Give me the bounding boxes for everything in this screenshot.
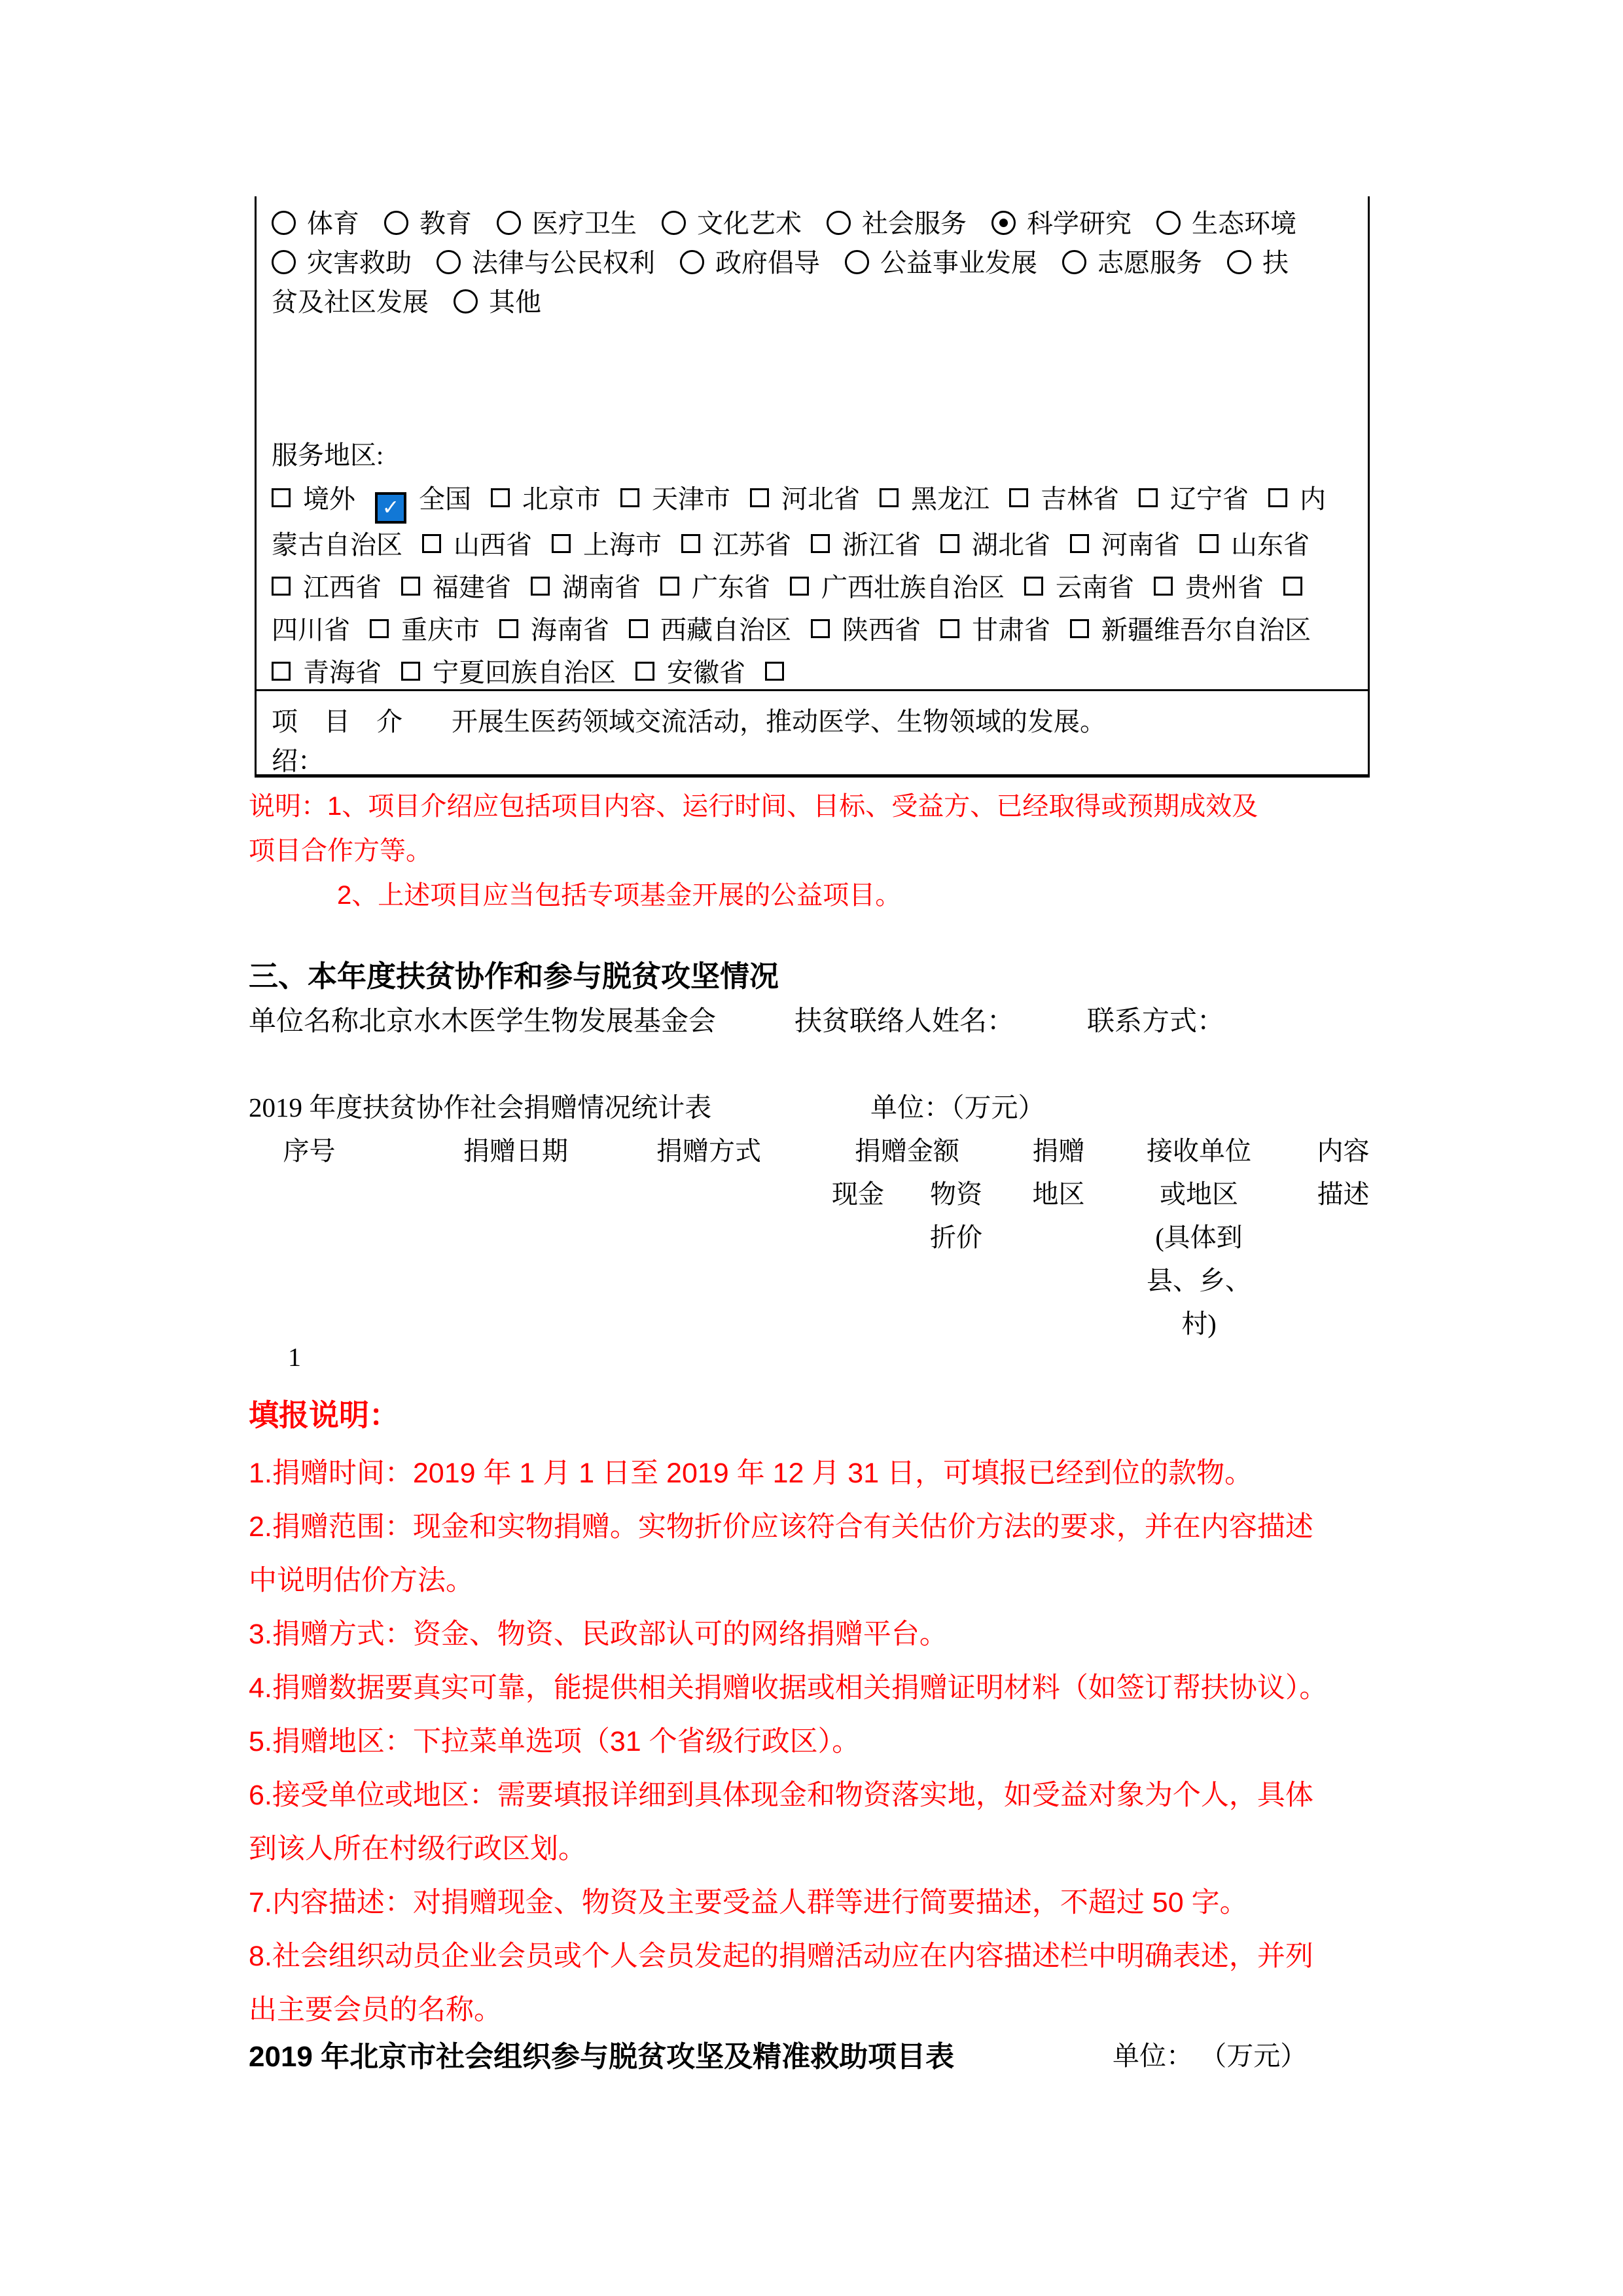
checkbox-icon[interactable] — [1268, 488, 1287, 507]
option-line: 贫及社区发展其他 — [272, 283, 1321, 322]
option-label: 上海市 — [583, 530, 662, 560]
text-line: (具体到 — [1120, 1216, 1277, 1259]
radio-option[interactable]: 灾害救助 — [272, 243, 412, 283]
text-line: 内容 — [1279, 1130, 1407, 1173]
checkbox-option[interactable]: 山西省 — [422, 524, 532, 566]
checkbox-icon[interactable] — [765, 662, 784, 681]
checkbox-option[interactable]: 辽宁省 — [1139, 478, 1249, 520]
checkbox-option[interactable]: 天津市 — [620, 478, 730, 520]
donation-table-unit: 单位：（万元） — [870, 1086, 1045, 1124]
text-line: 2.捐赠范围：现金和实物捐赠。实物折价应该符合有关估价方法的要求，并在内容描述 — [249, 1500, 1400, 1554]
option-label: 青海省 — [303, 658, 382, 687]
radio-icon[interactable] — [272, 211, 296, 235]
business-scope-options: 体育教育医疗卫生文化艺术社会服务科学研究生态环境灾害救助法律与公民权利政府倡导公… — [272, 204, 1321, 322]
option-label: 湖南省 — [562, 573, 641, 602]
checkbox-icon[interactable] — [370, 619, 389, 638]
checkbox-icon[interactable] — [750, 488, 769, 507]
checkbox-option[interactable]: 湖北省 — [940, 524, 1050, 566]
option-label: 法律与公民权利 — [472, 248, 655, 278]
checkbox-option[interactable]: 青海省 — [272, 651, 382, 694]
text-line: 地区 — [1008, 1173, 1109, 1216]
option-label: 黑龙江 — [911, 484, 990, 514]
checkbox-option[interactable]: 重庆市 — [370, 609, 480, 651]
checkbox-option[interactable]: 吉林省 — [1009, 478, 1119, 520]
option-line: 蒙古自治区山西省上海市江苏省浙江省湖北省河南省山东省 — [272, 524, 1346, 566]
option-label: 海南省 — [531, 615, 609, 645]
checkbox-icon[interactable] — [940, 619, 959, 638]
option-line: 灾害救助法律与公民权利政府倡导公益事业发展志愿服务扶 — [272, 243, 1321, 283]
radio-selected-icon[interactable] — [991, 211, 1016, 235]
radio-option[interactable]: 扶 — [1227, 243, 1289, 283]
text-line: 或地区 — [1120, 1173, 1277, 1216]
checkbox-option[interactable]: 海南省 — [499, 609, 609, 651]
donation-table-title: 2019 年度扶贫协作社会捐赠情况统计表 — [249, 1086, 711, 1124]
option-label: 扶 — [1262, 248, 1289, 278]
option-label: 政府倡导 — [715, 248, 820, 278]
checkbox-option[interactable] — [765, 651, 796, 694]
option-line: 体育教育医疗卫生文化艺术社会服务科学研究生态环境 — [272, 204, 1321, 243]
option-label: 江西省 — [303, 573, 382, 602]
col-header-description: 内容描述 — [1279, 1130, 1407, 1216]
text-line: 5.捐赠地区：下拉菜单选项（31 个省级行政区）。 — [249, 1715, 1400, 1768]
checkbox-option[interactable]: 云南省 — [1024, 566, 1134, 609]
option-label: 其他 — [489, 287, 541, 317]
checkbox-option[interactable]: 江苏省 — [681, 524, 791, 566]
table-row-seq-value: 1 — [288, 1342, 301, 1372]
col-header-region: 捐赠地区 — [1008, 1130, 1109, 1216]
project-intro-label: 项 目 介 — [272, 702, 402, 742]
contact-method-label: 联系方式： — [1087, 999, 1224, 1039]
option-line: 青海省宁夏回族自治区安徽省 — [272, 651, 1346, 694]
section3-heading: 三、本年度扶贫协作和参与脱贫攻坚情况 — [249, 952, 779, 995]
checkbox-icon[interactable] — [620, 488, 639, 507]
option-label: 广东省 — [692, 573, 770, 602]
checkbox-option[interactable]: 山东省 — [1200, 524, 1310, 566]
project-table-title: 2019 年北京市社会组织参与脱贫攻坚及精准救助项目表 — [249, 2033, 954, 2075]
service-area-label: 服务地区: — [272, 442, 383, 469]
text-line: 8.社会组织动员企业会员或个人会员发起的捐赠活动应在内容描述栏中明确表述，并列 — [249, 1929, 1400, 1983]
radio-option[interactable]: 公益事业发展 — [845, 243, 1037, 283]
radio-icon[interactable] — [662, 211, 686, 235]
option-label: 安徽省 — [667, 658, 745, 687]
project-intro-notes: 说明：1、项目介绍应包括项目内容、运行时间、目标、受益方、已经取得或预期成效及 … — [249, 784, 1400, 918]
radio-option-selected[interactable]: 科学研究 — [991, 204, 1132, 243]
checkbox-option[interactable]: 黑龙江 — [880, 478, 990, 520]
radio-icon[interactable] — [827, 211, 851, 235]
option-label: 文化艺术 — [697, 209, 802, 238]
option-label: 灾害救助 — [307, 248, 412, 278]
note-line: 2、上述项目应当包括专项基金开展的公益项目。 — [249, 873, 1400, 918]
checkbox-option[interactable]: 西藏自治区 — [629, 609, 791, 651]
option-label: 内 — [1300, 484, 1326, 514]
checkbox-icon[interactable] — [880, 488, 899, 507]
option-label: 山西省 — [454, 530, 532, 560]
project-intro-label-wrap: 绍： — [272, 742, 324, 781]
checkbox-option[interactable]: 湖南省 — [531, 566, 641, 609]
option-label: 云南省 — [1056, 573, 1134, 602]
radio-icon[interactable] — [272, 250, 296, 274]
checkbox-option[interactable]: 河南省 — [1070, 524, 1180, 566]
checkbox-option[interactable] — [1283, 566, 1315, 609]
radio-option[interactable]: 政府倡导 — [680, 243, 820, 283]
option-label: 甘肃省 — [972, 615, 1050, 645]
option-label: 生态环境 — [1192, 209, 1296, 238]
radio-icon[interactable] — [497, 211, 521, 235]
option-label: 贵州省 — [1185, 573, 1264, 602]
checkbox-icon[interactable] — [1070, 534, 1089, 553]
checkbox-option[interactable]: 陕西省 — [811, 609, 921, 651]
option-label: 江苏省 — [713, 530, 791, 560]
option-label: 科学研究 — [1027, 209, 1132, 238]
text-line: 到该人所在村级行政区划。 — [249, 1822, 1400, 1876]
checkbox-icon[interactable] — [1009, 488, 1028, 507]
radio-option[interactable]: 法律与公民权利 — [437, 243, 655, 283]
option-label: 吉林省 — [1041, 484, 1119, 514]
radio-option[interactable]: 教育 — [384, 204, 472, 243]
radio-icon[interactable] — [1156, 211, 1181, 235]
checkbox-icon[interactable] — [811, 534, 830, 553]
checkbox-option[interactable]: 江西省 — [272, 566, 382, 609]
option-label: 重庆市 — [401, 615, 480, 645]
text-line: 描述 — [1279, 1173, 1407, 1216]
checkbox-option[interactable]: 广东省 — [660, 566, 770, 609]
option-label: 志愿服务 — [1097, 248, 1202, 278]
subcol-cash: 现金 — [809, 1173, 907, 1216]
checkbox-option[interactable]: 北京市 — [491, 478, 601, 520]
option-line: 境外✓全国北京市天津市河北省黑龙江吉林省辽宁省内 — [272, 478, 1346, 524]
text-line: 县、乡、 — [1120, 1259, 1277, 1302]
service-area-options: 境外✓全国北京市天津市河北省黑龙江吉林省辽宁省内蒙古自治区山西省上海市江苏省浙江… — [272, 478, 1346, 694]
checkbox-option[interactable]: 境外 — [272, 478, 355, 520]
col-header-method: 捐赠方式 — [612, 1130, 806, 1173]
option-label: 社会服务 — [862, 209, 967, 238]
option-label: 西藏自治区 — [660, 615, 791, 645]
note-line: 项目合作方等。 — [249, 829, 1400, 873]
wrapped-option-label: 四川省 — [272, 609, 350, 651]
radio-option[interactable]: 其他 — [454, 283, 541, 322]
subcol-goods-wrap: 折价 — [907, 1216, 1005, 1259]
col-header-receiver: 接收单位或地区(具体到县、乡、村) — [1120, 1130, 1277, 1346]
col-header-amount-title: 捐赠金额 — [809, 1130, 1005, 1173]
radio-icon[interactable] — [1227, 250, 1251, 274]
col-header-amount: 捐赠金额 现金 物资 折价 — [809, 1130, 1005, 1259]
checkbox-icon[interactable] — [531, 577, 550, 596]
checkbox-icon[interactable] — [401, 577, 420, 596]
checkbox-option[interactable]: 贵州省 — [1154, 566, 1264, 609]
wrapped-option-label: 贫及社区发展 — [272, 283, 429, 322]
option-label: 河南省 — [1101, 530, 1180, 560]
checkbox-icon[interactable] — [422, 534, 441, 553]
radio-icon[interactable] — [845, 250, 869, 274]
form-page: 体育教育医疗卫生文化艺术社会服务科学研究生态环境灾害救助法律与公民权利政府倡导公… — [0, 0, 1623, 2296]
project-intro-content: 开展生医药领域交流活动，推动医学、生物领域的发展。 — [452, 702, 1106, 742]
text-line: 接收单位 — [1120, 1130, 1277, 1173]
checkbox-option[interactable]: 新疆维吾尔自治区 — [1070, 609, 1311, 651]
checkbox-checked-icon[interactable]: ✓ — [375, 492, 406, 524]
checkbox-icon[interactable] — [1139, 488, 1158, 507]
text-line: 捐赠 — [1008, 1130, 1109, 1173]
checkbox-option[interactable]: 上海市 — [552, 524, 662, 566]
project-table-unit: 单位： （万元） — [1113, 2034, 1307, 2073]
option-label: 山东省 — [1231, 530, 1310, 560]
option-label: 新疆维吾尔自治区 — [1101, 615, 1311, 645]
radio-icon[interactable] — [454, 289, 478, 314]
checkbox-icon[interactable] — [681, 534, 700, 553]
option-line: 四川省重庆市海南省西藏自治区陕西省甘肃省新疆维吾尔自治区 — [272, 609, 1346, 651]
option-label: 宁夏回族自治区 — [433, 658, 616, 687]
text-line: 1.捐赠时间：2019 年 1 月 1 日至 2019 年 12 月 31 日，… — [249, 1446, 1400, 1500]
radio-icon[interactable] — [680, 250, 704, 274]
text-line: 4.捐赠数据要真实可靠，能提供相关捐赠收据或相关捐赠证明材料（如签订帮扶协议）。 — [249, 1661, 1400, 1715]
checkbox-icon[interactable] — [491, 488, 510, 507]
text-line: 7.内容描述：对捐赠现金、物资及主要受益人群等进行简要描述，不超过 50 字。 — [249, 1876, 1400, 1929]
radio-option[interactable]: 文化艺术 — [662, 204, 802, 243]
checkbox-icon[interactable] — [499, 619, 518, 638]
checkbox-icon[interactable] — [660, 577, 679, 596]
checkbox-option[interactable]: 宁夏回族自治区 — [401, 651, 616, 694]
checkbox-icon[interactable] — [1283, 577, 1302, 596]
radio-option[interactable]: 生态环境 — [1156, 204, 1296, 243]
radio-option[interactable]: 医疗卫生 — [497, 204, 637, 243]
checkbox-option[interactable]: 甘肃省 — [940, 609, 1050, 651]
option-label: 陕西省 — [842, 615, 921, 645]
option-label: 教育 — [419, 209, 472, 238]
radio-option[interactable]: 志愿服务 — [1062, 243, 1202, 283]
radio-icon[interactable] — [437, 250, 461, 274]
text-line: 出主要会员的名称。 — [249, 1983, 1400, 2037]
poverty-contact-label: 扶贫联络人姓名： — [794, 999, 1014, 1039]
option-label: 广西壮族自治区 — [821, 573, 1005, 602]
note-line: 说明：1、项目介绍应包括项目内容、运行时间、目标、受益方、已经取得或预期成效及 — [249, 784, 1400, 829]
checkbox-icon[interactable] — [272, 662, 291, 681]
checkbox-icon[interactable] — [1024, 577, 1043, 596]
checkbox-option[interactable]: 福建省 — [401, 566, 511, 609]
checkbox-option[interactable]: 内 — [1268, 478, 1326, 520]
option-label: 辽宁省 — [1170, 484, 1249, 514]
option-label: 全国 — [419, 484, 471, 514]
checkbox-icon[interactable] — [272, 577, 291, 596]
subcol-goods: 物资 — [907, 1173, 1005, 1216]
checkbox-option[interactable]: 安徽省 — [635, 651, 745, 694]
checkbox-icon[interactable] — [790, 577, 809, 596]
radio-icon[interactable] — [1062, 250, 1086, 274]
checkbox-option[interactable]: 浙江省 — [811, 524, 921, 566]
wrapped-option-label: 蒙古自治区 — [272, 524, 402, 566]
radio-icon[interactable] — [384, 211, 408, 235]
checkbox-option[interactable]: 广西壮族自治区 — [790, 566, 1005, 609]
checkbox-icon[interactable] — [811, 619, 830, 638]
checkbox-icon[interactable] — [272, 488, 291, 507]
radio-option[interactable]: 体育 — [272, 204, 359, 243]
option-label: 医疗卫生 — [532, 209, 637, 238]
option-label: 公益事业发展 — [880, 248, 1037, 278]
option-label: 浙江省 — [842, 530, 921, 560]
option-label: 天津市 — [652, 484, 730, 514]
filling-notes-title: 填报说明： — [249, 1391, 399, 1435]
checkbox-icon[interactable] — [1154, 577, 1173, 596]
text-line: 6.接受单位或地区：需要填报详细到具体现金和物资落实地，如受益对象为个人，具体 — [249, 1768, 1400, 1822]
text-line: 村) — [1120, 1302, 1277, 1346]
checkbox-icon[interactable] — [401, 662, 420, 681]
text-line: 3.捐赠方式：资金、物资、民政部认可的网络捐赠平台。 — [249, 1607, 1400, 1661]
checkbox-icon[interactable] — [1200, 534, 1219, 553]
text-line: 中说明估价方法。 — [249, 1554, 1400, 1607]
option-label: 北京市 — [522, 484, 601, 514]
option-label: 体育 — [307, 209, 359, 238]
checkbox-icon[interactable] — [635, 662, 654, 681]
checkbox-icon[interactable] — [552, 534, 571, 553]
radio-dot-icon — [999, 219, 1008, 227]
radio-option[interactable]: 社会服务 — [827, 204, 967, 243]
unit-name-value: 单位名称北京水木医学生物发展基金会 — [249, 999, 716, 1039]
option-line: 江西省福建省湖南省广东省广西壮族自治区云南省贵州省 — [272, 566, 1346, 609]
option-label: 境外 — [303, 484, 355, 514]
checkbox-option[interactable]: 河北省 — [750, 478, 860, 520]
col-header-seq: 序号 — [249, 1130, 370, 1173]
option-label: 湖北省 — [972, 530, 1050, 560]
checkbox-icon[interactable] — [629, 619, 648, 638]
option-label: 福建省 — [433, 573, 511, 602]
col-header-date: 捐赠日期 — [419, 1130, 613, 1173]
checkbox-icon[interactable] — [1070, 619, 1089, 638]
checkbox-icon[interactable] — [940, 534, 959, 553]
checkbox-option-checked[interactable]: ✓全国 — [375, 478, 471, 524]
option-label: 河北省 — [781, 484, 860, 514]
filling-notes: 1.捐赠时间：2019 年 1 月 1 日至 2019 年 12 月 31 日，… — [249, 1446, 1400, 2037]
